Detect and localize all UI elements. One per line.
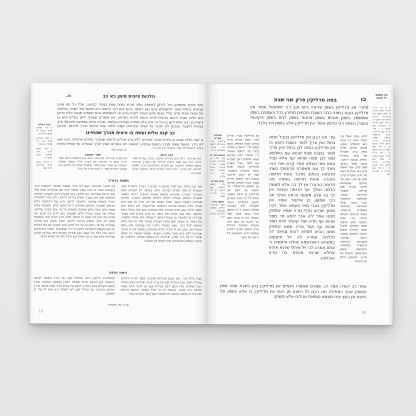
tosafot-column: אין מדליקין בצרי. פירש רש״י מפני שריחו נ… [227, 134, 260, 281]
left-page-number: כו. [60, 93, 76, 100]
shaarei-teshuva-column: שערי תשובה (א) מברך שהחיינו. עיין באר הי… [58, 153, 127, 177]
beer-hagolah-block: ב שם בגמרא שבת דף כב עמוד א ובטור: [36, 137, 52, 146]
margin-glosses-column: מסורת הש״ס עירובין לא: ביצה לג. לקמן כט:… [210, 134, 226, 284]
right-footer-page-number: 16 [343, 311, 367, 317]
biur-halacha-last-line: וצריך עיון למעשה: [80, 303, 157, 307]
shulchan-aruch-text: חוטי ציצית שנפסקו יכול לזרקן לאשפה מפני … [57, 102, 203, 130]
left-page-header: הלכות ציצית סימן כא כב [54, 93, 203, 101]
left-page-edge [29, 85, 32, 321]
biur-halacha-col-right: קנה טלית וכו׳. עיין במגן אברהם שהביא בשם… [121, 276, 202, 302]
ein-mishpat-column: א ב מיי׳ פ״ה מהל׳ שבת הלכה ח סמג לאוין ס… [372, 107, 391, 265]
book-photo-background: הלכות ציצית סימן כא כב כו. באר הגולה א ט… [0, 0, 416, 416]
beer-hagolah-block: ג טור בשם רבינו יונה ושלחן ערוך סעיף ב: [36, 148, 52, 160]
siman-text: א קנה טלית ועשה בו ציצית מברך שהחיינו דל… [57, 137, 203, 149]
gloss-block: מוסף רש״י שמן שריפה. תרומה טמאה שעומדת ל… [210, 200, 225, 219]
gemara-column: גמ׳ תנו רבנן אין מדליקין בטבל טמא בחול ו… [269, 134, 336, 281]
book-spread: הלכות ציצית סימן כא כב כו. באר הגולה א ט… [29, 83, 393, 325]
gloss-block: גליון הש״ס גמ׳ שמא יסתפק. עיין לקמן דף ל… [210, 180, 225, 199]
gloss-block: מסורת הש״ס עירובין לא: ביצה לג. לקמן כט:… [210, 134, 225, 153]
ein-mishpat-title: עין משפט נר מצוה [372, 94, 390, 104]
rashi-column: לכש. צמר שעל גבי הארז והוא רך ואינו ראוי… [340, 135, 368, 282]
left-page: הלכות ציצית סימן כא כב כו. באר הגולה א ט… [29, 83, 207, 324]
left-footer-page-number: 16 [39, 309, 63, 315]
beer-hagolah-block: ד מרדכי פרק במה מדליקין ובית יוסף: [36, 161, 52, 170]
beer-hagolah-block: א טור ושלחן ערוך סעיף א בשם הרא״ש: [36, 127, 52, 136]
mishnah-block: מתני׳ אין מדליקין בשמן שריפה ביום טוב רב… [250, 104, 368, 133]
mishna-berura-title: משנה ברורה [34, 178, 203, 184]
mishna-berura-col-right: (א) קנה טלית. עיין לעיל בסימן ח׳ סעיף ו׳… [121, 185, 202, 268]
talmud-header-title: במה מדליקין פרק שני שבת [247, 97, 363, 103]
gloss-block: הגהות הב״ח (א) גמ׳ אין מדליקין בטבל טמא … [210, 154, 225, 179]
gemara-bottom-block: אמר רב יהודה אמר רב שמנים שאמרו חכמים אי… [220, 283, 367, 304]
daf-number: כו [357, 96, 369, 105]
beer-heitev-column: באר היטב (א) שהחיינו. דלא גרע מכלים חדשי… [132, 154, 201, 178]
gloss-title: מסורת הש״ס [210, 134, 225, 140]
gloss-title: מוסף רש״י [210, 200, 225, 203]
mishna-berura-col-left: (ג) מברך שהחיינו. ואם לא בירך בשעת עטיפה… [34, 184, 115, 267]
left-page-header-title: הלכות ציצית סימן כא כב [54, 93, 203, 99]
right-page: במה מדליקין פרק שני שבת כו עין משפט נר מ… [206, 84, 393, 325]
siman-subnote: ובו סעיף אחד: [70, 148, 167, 152]
biur-halacha-col-left: ומסתברא דלענין דינא בטלית קטן נמי יברך ב… [34, 276, 115, 302]
siman-heading: כב קנה טלית ועשה בו ציצית מברך שהחיינו [57, 130, 203, 137]
